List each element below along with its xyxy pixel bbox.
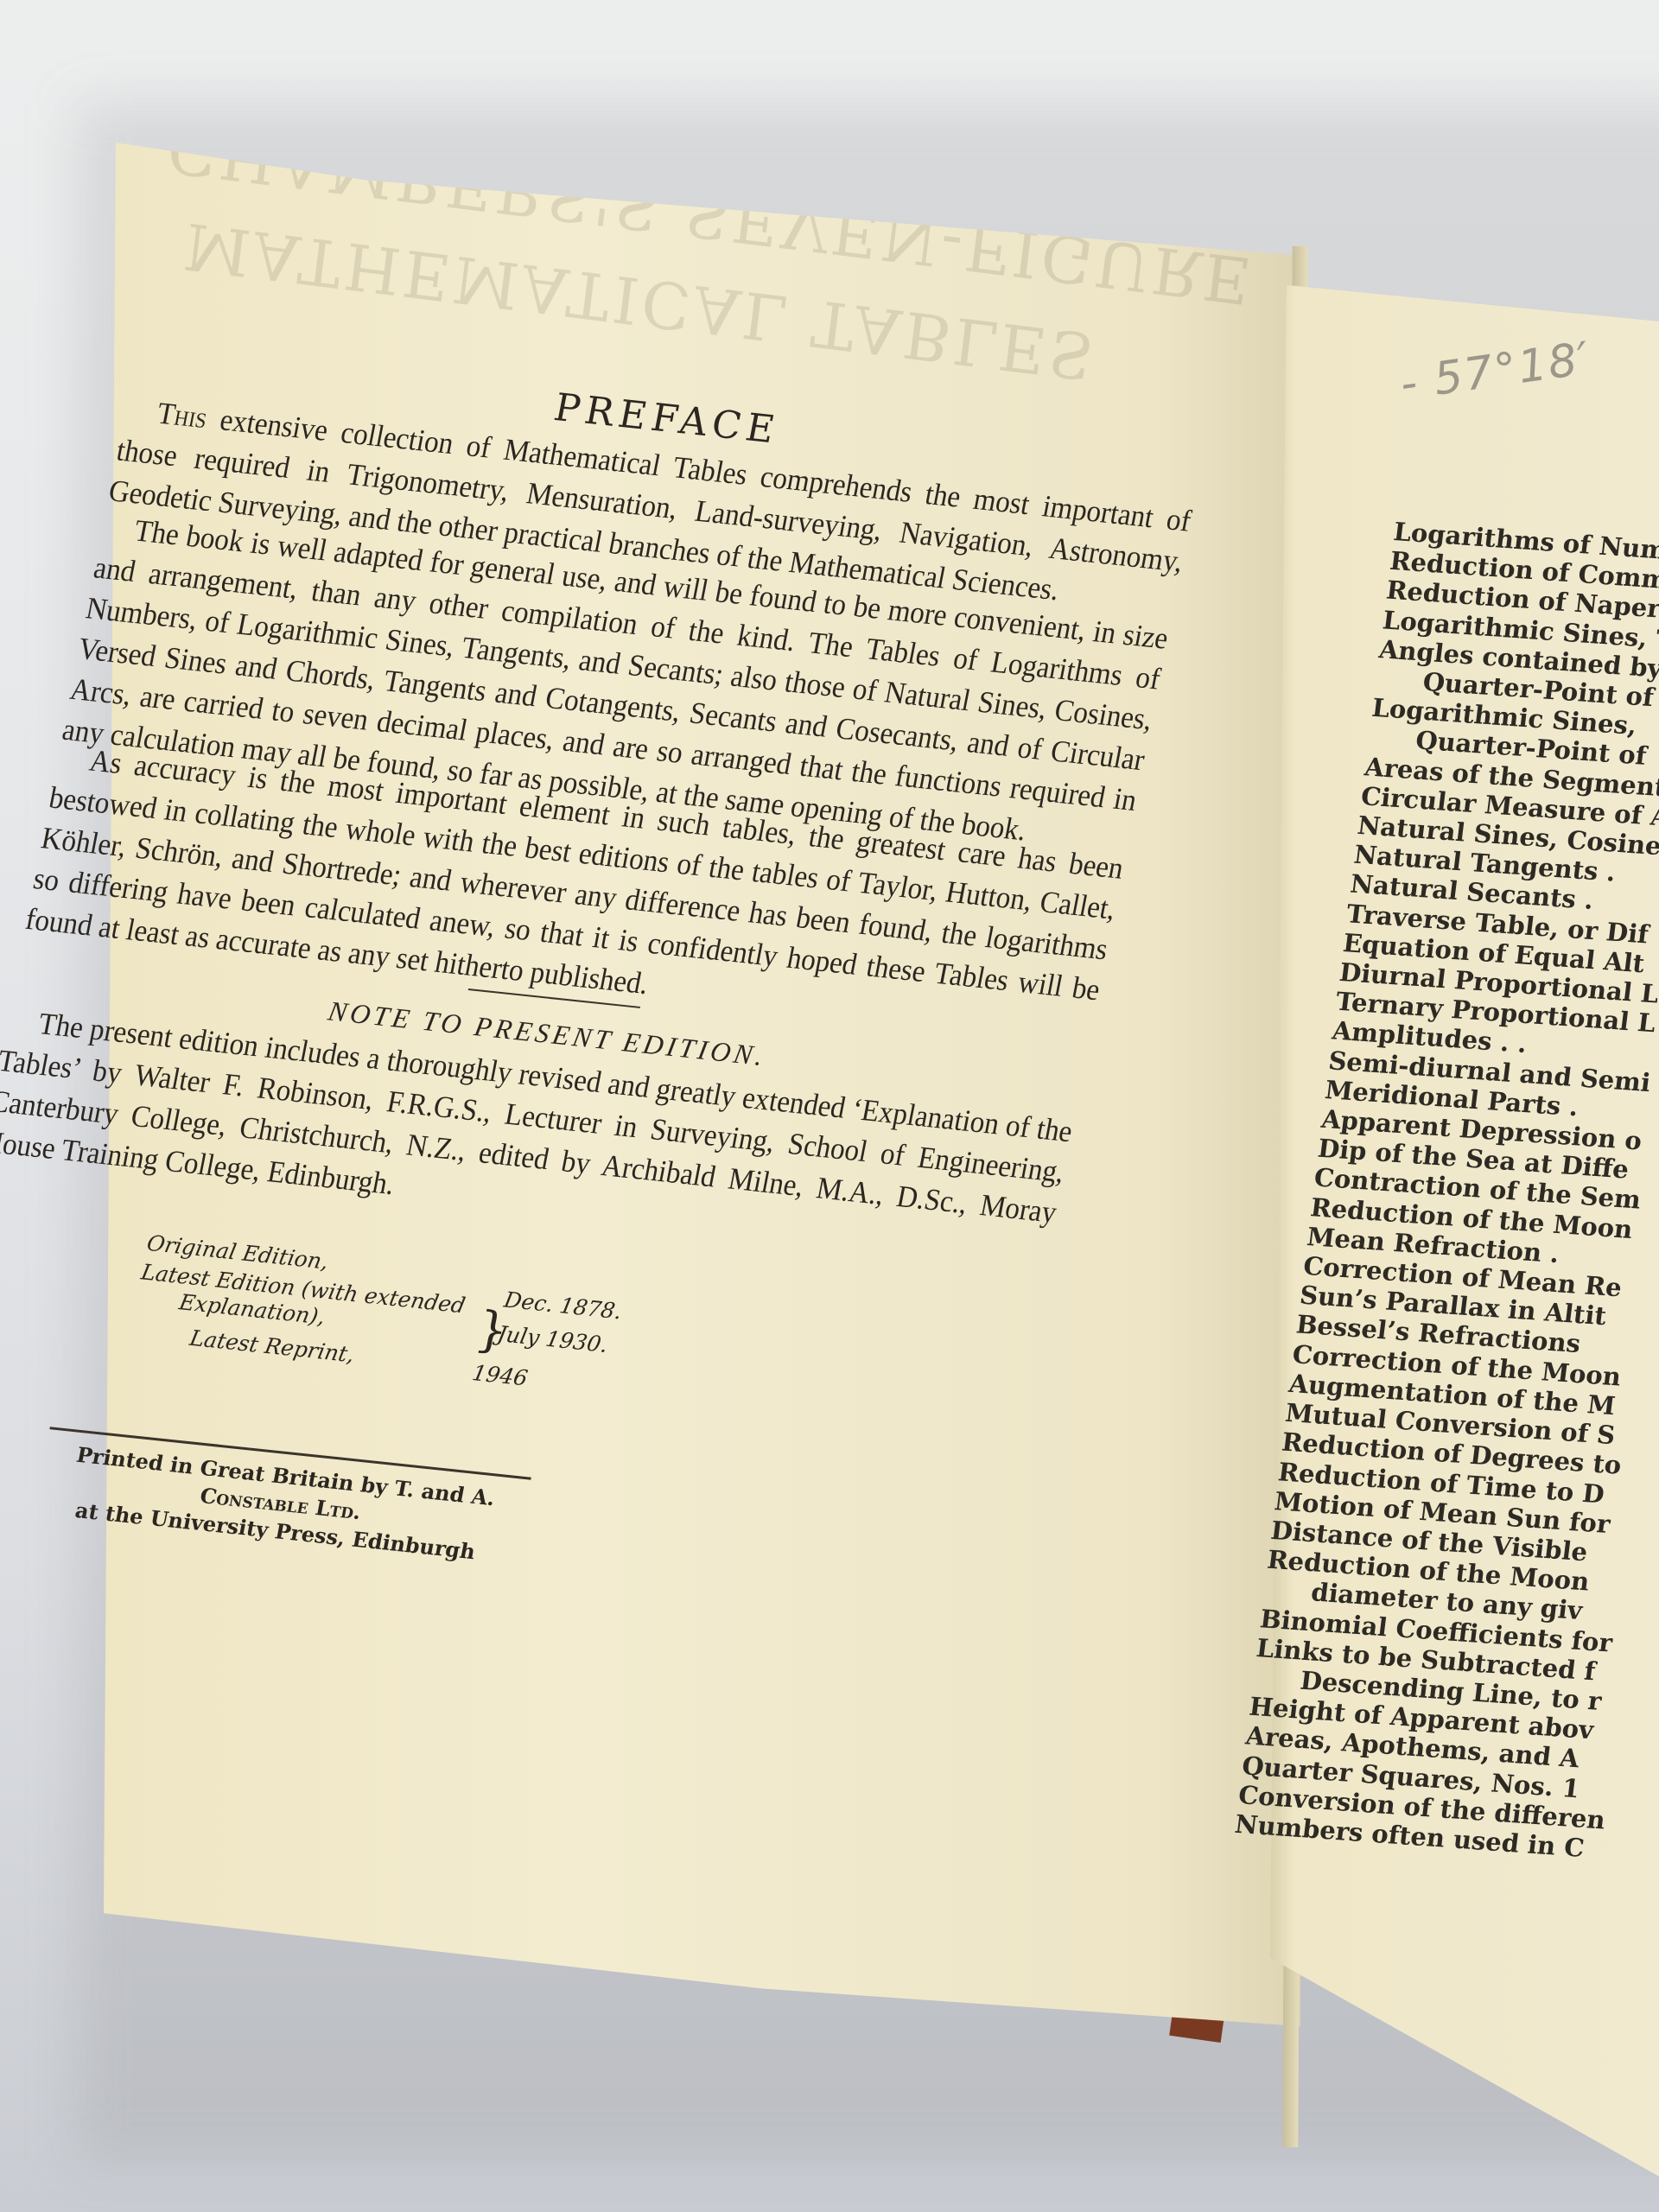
edition-label-reprint: Latest Reprint, [188, 1324, 357, 1370]
edition-date-original: Dec. 1878. [501, 1286, 624, 1327]
edition-date-reprint: 1946 [470, 1358, 531, 1393]
edition-history: Original Edition, Dec. 1878. Latest Edit… [125, 1229, 632, 1407]
paragraph-lead-word: This [155, 397, 210, 435]
edition-date-latest: July 1930. [495, 1319, 611, 1360]
